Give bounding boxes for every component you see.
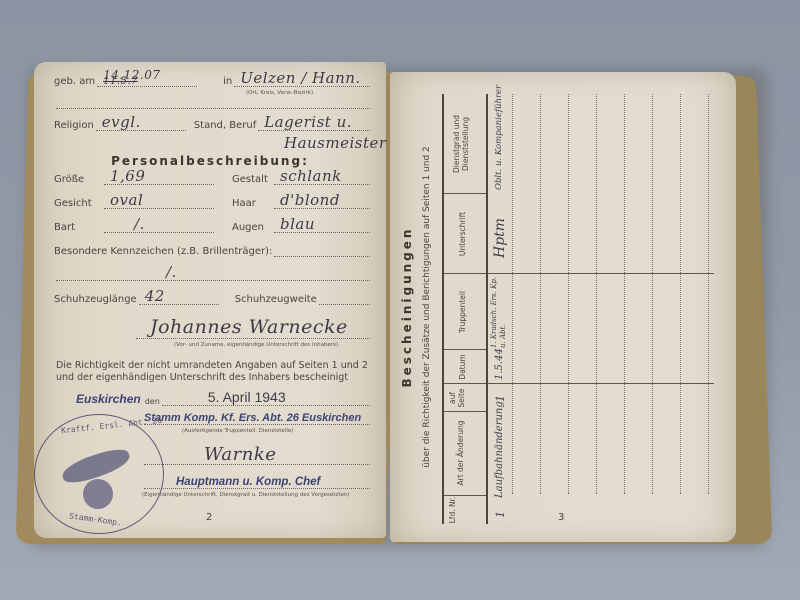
owner-signature: Johannes Warnecke: [150, 316, 348, 338]
page-3: Bescheinigungen über die Richtigkeit der…: [390, 72, 736, 542]
officer-rank-field: Hauptmann u. Komp. Chef: [144, 478, 370, 489]
haar-field: d'blond: [274, 198, 370, 209]
col-unterschrift: Unterschrift: [458, 194, 467, 274]
kennzeichen-value: /.: [166, 263, 177, 281]
page-2: geb. am 14.12.07 11.5.7 in Uelzen / Hann…: [34, 62, 386, 538]
date-field: 5. April 1943: [162, 395, 370, 406]
personal-heading: Personalbeschreibung:: [34, 154, 386, 168]
born-label: geb. am: [54, 76, 95, 87]
rotated-table-area: Bescheinigungen über die Richtigkeit der…: [390, 72, 736, 542]
stand-value-2: Hausmeister: [284, 134, 387, 152]
table-row: [540, 94, 541, 494]
officer-signature: Warnke: [204, 444, 276, 465]
stand-field: Lagerist u.: [258, 120, 370, 131]
bart-value: /.: [134, 215, 145, 233]
table-row: [652, 94, 653, 494]
blank-line: [54, 98, 370, 109]
stand-value-1: Lagerist u.: [264, 113, 352, 131]
col-dienstgrad: Dienstgrad und Dienststellung: [452, 94, 470, 194]
kennzeichen-label: Besondere Kennzeichen (z.B. Brillenträge…: [54, 246, 272, 257]
owner-signature-note: (Vor- und Zuname, eigenhändige Unterschr…: [174, 342, 338, 348]
table-row: [680, 94, 681, 494]
unit-note: (Ausfertigende Truppenteil, Dienststelle…: [182, 428, 293, 434]
owner-signature-row: Johannes Warnecke: [134, 328, 370, 339]
augen-field: blau: [274, 222, 370, 233]
row1-truppenteil: 1. Kradsch. Ers. Kp. u. Abt.: [490, 276, 508, 348]
born-field: 14.12.07 11.5.7: [97, 76, 197, 87]
seal-top-text: Kraftf. Ersl. Abt. 26: [61, 416, 163, 436]
marks-row: Besondere Kennzeichen (z.B. Brillenträge…: [54, 246, 370, 257]
birth-row: geb. am 14.12.07 11.5.7 in Uelzen / Hann…: [54, 76, 370, 87]
col-seite: auf Seite: [448, 384, 466, 412]
groesse-field: 1,69: [104, 174, 214, 185]
kennzeichen-field: /.: [56, 270, 370, 281]
religion-label: Religion: [54, 120, 94, 131]
col-datum: Datum: [458, 350, 467, 384]
certifications-title: Bescheinigungen: [400, 72, 414, 542]
row1-lfd-nr: 1: [494, 511, 507, 518]
table-row: [568, 94, 569, 494]
page-number-left: 2: [206, 512, 212, 523]
face-row: Gesicht oval Haar d'blond: [54, 198, 370, 209]
date-stamp: 5. April 1943: [208, 389, 286, 405]
haar-label: Haar: [232, 198, 272, 209]
haar-value: d'blond: [280, 191, 340, 209]
table-row: [624, 94, 625, 494]
groesse-value: 1,69: [110, 167, 145, 185]
seal-wreath-icon: [83, 479, 113, 509]
gestalt-field: schlank: [274, 174, 370, 185]
stand-label: Stand, Beruf: [194, 120, 256, 131]
unit-stamp: Stamm Komp. Kf. Ers. Abt. 26 Euskirchen: [144, 412, 361, 424]
schuh-laenge-label: Schuhzeuglänge: [54, 294, 137, 305]
officer-signature-row: Warnke: [142, 454, 370, 465]
augen-value: blau: [280, 215, 315, 233]
seal-bottom-text: Stamm-Komp.: [69, 511, 123, 527]
schuh-weite-label: Schuhzeugweite: [235, 294, 317, 305]
schuh-laenge-value: 42: [145, 287, 165, 305]
page-number-right: 3: [558, 512, 564, 523]
officer-signature-field: Warnke: [144, 454, 370, 465]
col-art: Art der Änderung: [456, 412, 465, 494]
row1-seite: 1: [494, 395, 507, 402]
place-date-row: Euskirchen den 5. April 1943: [76, 392, 370, 406]
official-seal: Kraftf. Ersl. Abt. 26 Stamm-Komp.: [34, 414, 164, 534]
in-label: in: [223, 76, 232, 87]
groesse-label: Größe: [54, 174, 102, 185]
table-row: [596, 94, 597, 494]
place-stamp: Euskirchen: [76, 392, 141, 406]
in-note: (Ort, Kreis, Verw.-Bezirk): [246, 90, 313, 96]
row1-unterschrift: Hptm: [492, 218, 508, 258]
gesicht-field: oval: [104, 198, 214, 209]
owner-signature-field: Johannes Warnecke: [136, 328, 370, 339]
table-row: [512, 94, 513, 494]
certifications-table: Lfd. Nr. Art der Änderung auf Seite Datu…: [442, 94, 714, 524]
officer-rank: Hauptmann u. Komp. Chef: [176, 476, 320, 488]
in-value: Uelzen / Hann.: [240, 69, 360, 87]
bart-field: /.: [104, 222, 214, 233]
gesicht-value: oval: [110, 191, 143, 209]
certifications-subtitle: über die Richtigkeit der Zusätze und Ber…: [422, 72, 432, 542]
bart-label: Bart: [54, 222, 102, 233]
marks-value-row: /.: [54, 270, 370, 281]
born-struck: 11.5.7: [103, 76, 138, 87]
row1-dienstgrad: Oblt. u. Kompanieführer: [494, 85, 504, 190]
col-truppenteil: Truppenteil: [458, 274, 467, 350]
den-label: den: [145, 397, 160, 406]
shoe-row: Schuhzeuglänge 42 Schuhzeugweite: [54, 294, 370, 305]
in-field: Uelzen / Hann.: [234, 76, 370, 87]
size-row: Größe 1,69 Gestalt schlank: [54, 174, 370, 185]
row1-art: Laufbahnänderung: [494, 401, 505, 498]
religion-value: evgl.: [102, 113, 141, 131]
gestalt-value: schlank: [280, 167, 342, 185]
officer-rank-row: Hauptmann u. Komp. Chef: [142, 478, 370, 489]
unit-row: Stamm Komp. Kf. Ers. Abt. 26 Euskirchen: [142, 414, 370, 425]
officer-note: (Eigenhändige Unterschrift, Dienstgrad u…: [142, 492, 350, 498]
certification-text: Die Richtigkeit der nicht umrandeten Ang…: [56, 360, 372, 384]
gestalt-label: Gestalt: [232, 174, 272, 185]
augen-label: Augen: [232, 222, 272, 233]
col-lfd-nr: Lfd. Nr.: [448, 496, 457, 524]
unit-field: Stamm Komp. Kf. Ers. Abt. 26 Euskirchen: [144, 414, 370, 425]
schuh-laenge-field: 42: [139, 294, 219, 305]
religion-field: evgl.: [96, 120, 186, 131]
religion-row: Religion evgl. Stand, Beruf Lagerist u.: [54, 120, 370, 131]
beard-row: Bart /. Augen blau: [54, 222, 370, 233]
gesicht-label: Gesicht: [54, 198, 102, 209]
row1-datum: 1.5.44: [494, 348, 505, 380]
table-row: [708, 94, 709, 494]
schuh-weite-field: [319, 294, 370, 305]
